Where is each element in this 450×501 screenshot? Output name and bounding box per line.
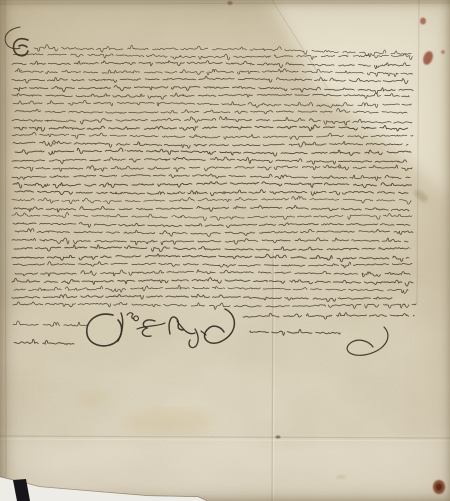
ink-speck — [182, 94, 184, 96]
stain — [276, 436, 281, 439]
stain — [420, 18, 426, 25]
ink-speck — [72, 129, 74, 131]
ink-speck — [107, 217, 108, 218]
ink-speck — [115, 192, 117, 194]
stain — [336, 475, 346, 479]
ink-speck — [100, 88, 102, 90]
ink-speck — [346, 55, 348, 57]
ink-speck — [397, 315, 398, 316]
ink-speck — [263, 48, 264, 49]
ink-speck — [319, 105, 320, 106]
ink-speck — [281, 331, 282, 332]
ink-speck — [125, 150, 126, 151]
ink-speck — [278, 316, 279, 317]
ink-speck — [410, 248, 411, 249]
ink-speck — [17, 223, 18, 224]
ink-speck — [249, 331, 251, 333]
ink-speck — [392, 273, 393, 274]
ink-speck — [195, 136, 196, 137]
ink-speck — [43, 240, 45, 242]
ink-speck — [126, 303, 127, 304]
stain — [76, 391, 108, 407]
ink-speck — [343, 94, 344, 95]
ink-speck — [398, 162, 399, 163]
ink-speck — [20, 70, 22, 72]
stain — [228, 1, 233, 5]
ink-speck — [367, 127, 369, 129]
stain — [436, 484, 442, 491]
ink-speck — [327, 178, 329, 180]
ink-speck — [120, 192, 122, 194]
ink-speck — [44, 289, 46, 291]
stain — [124, 409, 216, 433]
ink-speck — [250, 64, 251, 65]
ink-speck — [205, 137, 206, 138]
ink-speck — [403, 303, 405, 305]
ink-speck — [152, 183, 153, 184]
ink-speck — [113, 295, 114, 296]
ink-speck — [180, 55, 182, 57]
ink-speck — [362, 273, 364, 275]
ink-speck — [298, 256, 299, 257]
ink-speck — [179, 288, 181, 290]
ink-speck — [95, 143, 97, 145]
ink-speck — [282, 167, 283, 168]
ink-speck — [53, 143, 55, 145]
ink-speck — [142, 287, 144, 289]
ink-speck — [104, 80, 105, 81]
ink-speck — [54, 176, 56, 178]
ink-speck — [139, 143, 141, 145]
ink-speck — [83, 201, 84, 202]
manuscript-scan — [0, 0, 450, 501]
ink-speck — [47, 120, 49, 122]
ink-speck — [339, 167, 341, 169]
stain — [441, 50, 445, 54]
parchment — [0, 0, 450, 501]
ink-speck — [378, 248, 379, 249]
parchment-artwork — [0, 0, 450, 501]
lower-fold-light-band — [0, 441, 450, 501]
ink-speck — [266, 280, 268, 282]
ink-speck — [250, 119, 251, 120]
ink-speck — [180, 216, 182, 218]
ink-speck — [165, 159, 167, 161]
ink-speck — [142, 183, 144, 185]
ink-speck — [295, 78, 296, 79]
ink-speck — [30, 343, 31, 344]
ink-speck — [27, 190, 28, 191]
